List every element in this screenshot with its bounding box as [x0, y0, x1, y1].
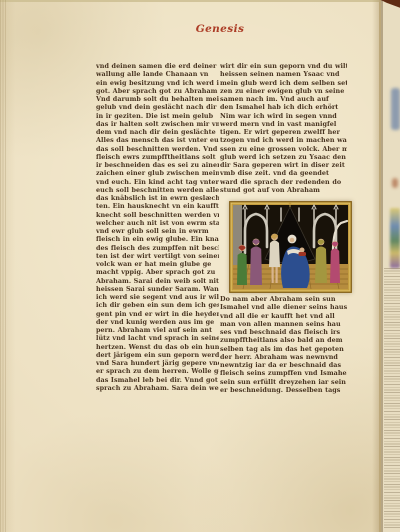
text-line: newntzig iar da er beschnaid das: [220, 361, 347, 369]
text-line: Vnd darumb solt du behalten mei: [96, 95, 219, 103]
text-line: pern. Abraham viel auf sein ant: [96, 326, 219, 334]
text-line: sprach zu Abraham. Sara dein weib: [96, 384, 219, 392]
text-line: ein ewig besitzung vnd ich werd ir: [96, 79, 219, 87]
text-line: der vnd kunig werden aus im ge: [96, 318, 219, 326]
text-line: tigen. Er wirt geperen zwelff her: [220, 128, 347, 136]
text-line: mein glub werd ich dem selben set: [220, 79, 347, 87]
text-line: Alles das mensch das ist vnter euch: [96, 136, 219, 144]
text-line: tzogen vnd ich werd in machen wach: [220, 136, 347, 144]
text-line: vnd all die er kaufft het vnd all: [220, 312, 347, 320]
manuscript-photo: Genesis vnd deinen samen die erd deinerw…: [0, 0, 400, 532]
text-line: Nim war ich wird in segen vnnd: [220, 112, 347, 120]
text-line: das Ismahel leb bei dir. Vnnd got: [96, 376, 219, 384]
text-line: welcher auch nit ist von ewrm stam: [96, 219, 219, 227]
text-line: zen zu einer ewigen glub vn seine: [220, 87, 347, 95]
text-column-right-lower: Do nam aber Abraham sein sunIsmahel vnd …: [220, 295, 347, 395]
text-line: der herr. Abraham was newnvnd: [220, 353, 347, 361]
text-line: ich werd sie segent vnd aus ir wil: [96, 293, 219, 301]
child-figure: [300, 248, 305, 253]
text-line: vnd Sara hundert järig gepere vnd: [96, 359, 219, 367]
text-line: vnd euch. Ein kind acht tag vnter: [96, 178, 219, 186]
text-line: heissen seinen namen Ysaac vnd: [220, 70, 347, 78]
text-line: fleisch ewrs zumpfftheitlans solt: [96, 153, 219, 161]
text-line: got. Aber sprach got zu Abraham: [96, 87, 219, 95]
text-line: dert järigem ein sun geporn werd: [96, 351, 219, 359]
text-line: ten ist der wirt vertilgt von seinem: [96, 252, 219, 260]
page-stack-text-edges: [384, 268, 400, 528]
book-fore-edge: [379, 0, 400, 532]
parchment-page: Genesis vnd deinen samen die erd deinerw…: [0, 0, 381, 532]
text-line: macht vppig. Aber sprach got zu: [96, 268, 219, 276]
text-line: er beschneidung. Desselben tags: [220, 386, 347, 394]
text-line: zumpfftheitlans also bald an dem: [220, 336, 347, 344]
running-title: Genesis: [150, 23, 290, 35]
text-line: ssen zu eine grossen volck. Aber mein: [220, 145, 347, 153]
text-line: ten. Ein hausknecht vn ein kauffter: [96, 202, 219, 210]
text-line: man von allen mannen seins hau: [220, 320, 347, 328]
text-line: dem vnd nach dir dein geslächte: [96, 128, 219, 136]
text-line: ich dir geben ein sun dem ich gese: [96, 301, 219, 309]
text-line: er sprach zu dem herren. Wolle got: [96, 367, 219, 375]
text-column-right-upper: wirt dir ein sun geporn vnd du wiltheiss…: [220, 62, 347, 195]
text-line: ward die sprach der redenden do: [220, 178, 347, 186]
text-line: in ir geziten. Die ist mein gelub: [96, 112, 219, 120]
text-line: ir beschneiden das es sei zu ainem: [96, 161, 219, 169]
text-line: sein sun erfüllt dreyzehen iar sein: [220, 378, 347, 386]
miniature-circumcision-scene: [229, 201, 352, 293]
text-line: zaichen einer glub zwischen mein: [96, 169, 219, 177]
text-column-left: vnd deinen samen die erd deinerwallung a…: [96, 62, 219, 393]
text-line: gelub vnd dein geslächt nach dir: [96, 103, 219, 111]
text-line: das soll beschnitten werden. Vnd das: [96, 145, 219, 153]
next-folio-color-bleed-blue: [391, 88, 400, 130]
text-line: glub werd ich setzen zu Ysaac den: [220, 153, 347, 161]
text-line: gent pin vnd er wirt in die heyden: [96, 310, 219, 318]
text-line: werd mern vnd in vast manigfel: [220, 120, 347, 128]
text-line: hertzen. Wenst du das ob ein hun: [96, 343, 219, 351]
text-line: fleisch seins zumpffen vnd Ismahel: [220, 369, 347, 377]
text-line: fleisch in ein ewig glube. Ein knab: [96, 235, 219, 243]
gutter-page-edges: [0, 0, 7, 532]
text-line: des fleisch des zumpffen nit beschni: [96, 244, 219, 252]
text-line: Do nam aber Abraham sein sun: [220, 295, 347, 303]
text-line: selben tag als im das het gepoten: [220, 345, 347, 353]
text-line: Ismahel vnd alle diener seins haus: [220, 303, 347, 311]
text-line: euch soll beschnitten werden alles: [96, 186, 219, 194]
text-line: wirt dir ein sun geporn vnd du wilt: [220, 62, 347, 70]
text-line: vnd ewr glub soll sein in ewrm: [96, 227, 219, 235]
text-line: heissen Sarai sunder Saram. Wan: [96, 285, 219, 293]
text-line: wallung alle lande Chanaan vn: [96, 70, 219, 78]
text-line: samen nach im. Vnd auch auf: [220, 95, 347, 103]
text-line: vmb dise zeit. vnd da geendet: [220, 169, 347, 177]
text-line: lütz vnd lacht vnd sprach in seinem: [96, 334, 219, 342]
text-line: den Ismahel hab ich dich erhört: [220, 103, 347, 111]
text-line: Abraham. Sarai dein weib solt nit: [96, 277, 219, 285]
next-folio-color-bleed-red: [392, 178, 398, 188]
text-line: ses vnd beschnaid das fleisch irs: [220, 328, 347, 336]
next-folio-color-bleed-multi: [390, 208, 400, 268]
text-line: stund got auf von Abraham: [220, 186, 347, 194]
text-line: vnd deinen samen die erd deiner: [96, 62, 219, 70]
text-line: volck wan er hat mein glube ge: [96, 260, 219, 268]
text-line: dir Sara geperen wirt in diser zeit: [220, 161, 347, 169]
text-line: das knäbslich ist in ewrn geslæch: [96, 194, 219, 202]
text-line: knecht soll beschnitten werden vnd: [96, 211, 219, 219]
text-line: das ir halten solt zwischen mir vn: [96, 120, 219, 128]
